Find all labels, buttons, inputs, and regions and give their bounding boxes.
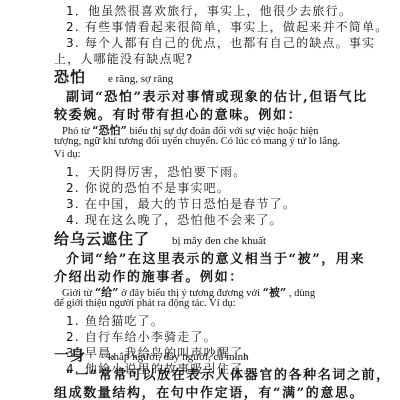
heading-term: 恐怕: [54, 68, 86, 86]
explanation-vi-line-2: để giới thiệu người phát ra động tác. Ví…: [54, 298, 236, 309]
intro-example-3-cont: 上，人哪能没有缺点呢?: [54, 50, 194, 67]
explanation-zh-line-1: 副词“恐怕”表示对事情或现象的估计,但语气比: [66, 86, 368, 105]
examples-label: Ví dụ:: [54, 149, 81, 160]
explanation-vi-line-2: tượng, ngữ khí tương đối uyển chuyển. Có…: [54, 136, 340, 147]
intro-example-3: 3. 每个人都有自己的优点，也都有自己的缺点。事实: [66, 34, 375, 51]
section-heading-gei: 给乌云遮住了bị mây đen che khuất: [54, 228, 266, 249]
example-1: 1. 鱼给猫吃了。: [66, 312, 164, 329]
explanation-zh-line-1: 介词“给”在这里表示的意义相当于“被”，用来: [66, 248, 365, 267]
example-3: 3. 在中国，最大的节日恐怕是春节了。: [66, 195, 296, 212]
example-2: 2. 自行车给小李骑走了。: [66, 328, 217, 345]
heading-gloss: bị mây đen che khuất: [172, 235, 266, 247]
vi-term: “被”: [263, 286, 287, 299]
heading-gloss: khắp người, đầy người, cả mình: [108, 351, 249, 363]
intro-example-2: 2. 有些事情看起来很简单，事实上，做起来并不简单。: [66, 18, 388, 35]
heading-term: 给乌云遮住了: [54, 230, 150, 248]
explanation-zh-line-2: 较委婉。有时带有担心的意味。例如：: [54, 104, 302, 123]
heading-term: 一身: [54, 346, 86, 364]
heading-gloss: e răng, sợ răng: [108, 73, 173, 85]
vi-text: , dùng: [286, 288, 315, 299]
section-heading-yishen: 一身khắp người, đầy người, cả mình: [54, 344, 249, 365]
section-heading-kongpa: 恐怕e răng, sợ răng: [54, 66, 173, 87]
explanation-zh-line-1: “一”常常可以放在表示人体器官的各种名词之前，: [66, 364, 391, 383]
intro-example-1: 1．他虽然很喜欢旅行，事实上，他很少去旅行。: [66, 2, 352, 19]
example-1: 1．天阴得厉害，恐怕要下雨。: [66, 163, 246, 180]
explanation-zh-line-2: 介绍出动作的施事者。例如：: [54, 266, 244, 285]
explanation-zh-line-2: 组成数量结构，在句中作定语，有“满”的意思。: [54, 382, 364, 400]
example-4: 4. 现在这么晚了，恐怕他不会来了。: [66, 211, 283, 228]
example-2: 2. 你说的恐怕不是事实吧。: [66, 179, 230, 196]
